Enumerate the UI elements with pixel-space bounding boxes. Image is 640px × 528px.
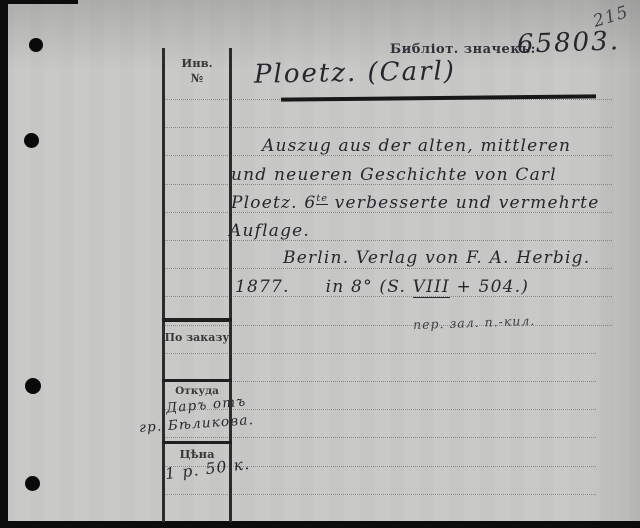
table-section-line: [162, 318, 232, 322]
scan-edge-bottom: [0, 521, 640, 528]
inventory-label-word: Инв.: [162, 56, 232, 71]
author-heading: Ploetz. (Carl): [254, 56, 456, 90]
entry-line-3-rest: verbesserte und vermehrte: [328, 193, 599, 213]
origin-note-line2: гр. Бѣликова.: [139, 412, 255, 436]
scan-edge-top-left: [0, 0, 78, 4]
entry-line-6: 1877.in 8° (S. VIII + 504.): [235, 277, 529, 297]
entry-line-4: Auflage.: [229, 221, 310, 241]
library-stamp-number: 65803.: [517, 26, 621, 60]
roman-page-count: VIII: [413, 277, 450, 298]
author-heading-underline: [281, 94, 596, 101]
scan-edge-left: [0, 0, 8, 528]
table-section-line: [162, 441, 232, 444]
catalog-card-scan: Инв. № По заказу Откуда Цѣна Даръ отъ гр…: [0, 0, 640, 528]
pencil-note: пер. зал. п.-кил.: [413, 313, 536, 332]
page-count: + 504.): [457, 277, 530, 297]
publication-year: 1877.: [235, 277, 290, 297]
library-stamp-label: Библіот. значекъ:: [390, 42, 536, 57]
entry-line-1: Auszug aus der alten, mittleren: [262, 136, 571, 156]
order-label: По заказу: [162, 331, 232, 344]
inventory-number-label: Инв. №: [162, 56, 232, 86]
punch-hole: [25, 476, 40, 491]
entry-line-2: und neueren Geschichte von Carl: [231, 165, 557, 185]
book-format: in 8° (S.: [326, 277, 406, 297]
entry-line-3-text: Ploetz. 6: [231, 193, 316, 213]
punch-hole: [29, 38, 43, 52]
punch-hole: [25, 378, 41, 394]
edition-superscript: te: [316, 193, 328, 205]
entry-line-3: Ploetz. 6te verbesserte und vermehrte: [231, 193, 599, 213]
punch-hole: [24, 133, 39, 148]
entry-line-5: Berlin. Verlag von F. A. Herbig.: [283, 248, 590, 268]
table-section-line: [162, 379, 232, 382]
inventory-number-sign: №: [162, 71, 232, 86]
